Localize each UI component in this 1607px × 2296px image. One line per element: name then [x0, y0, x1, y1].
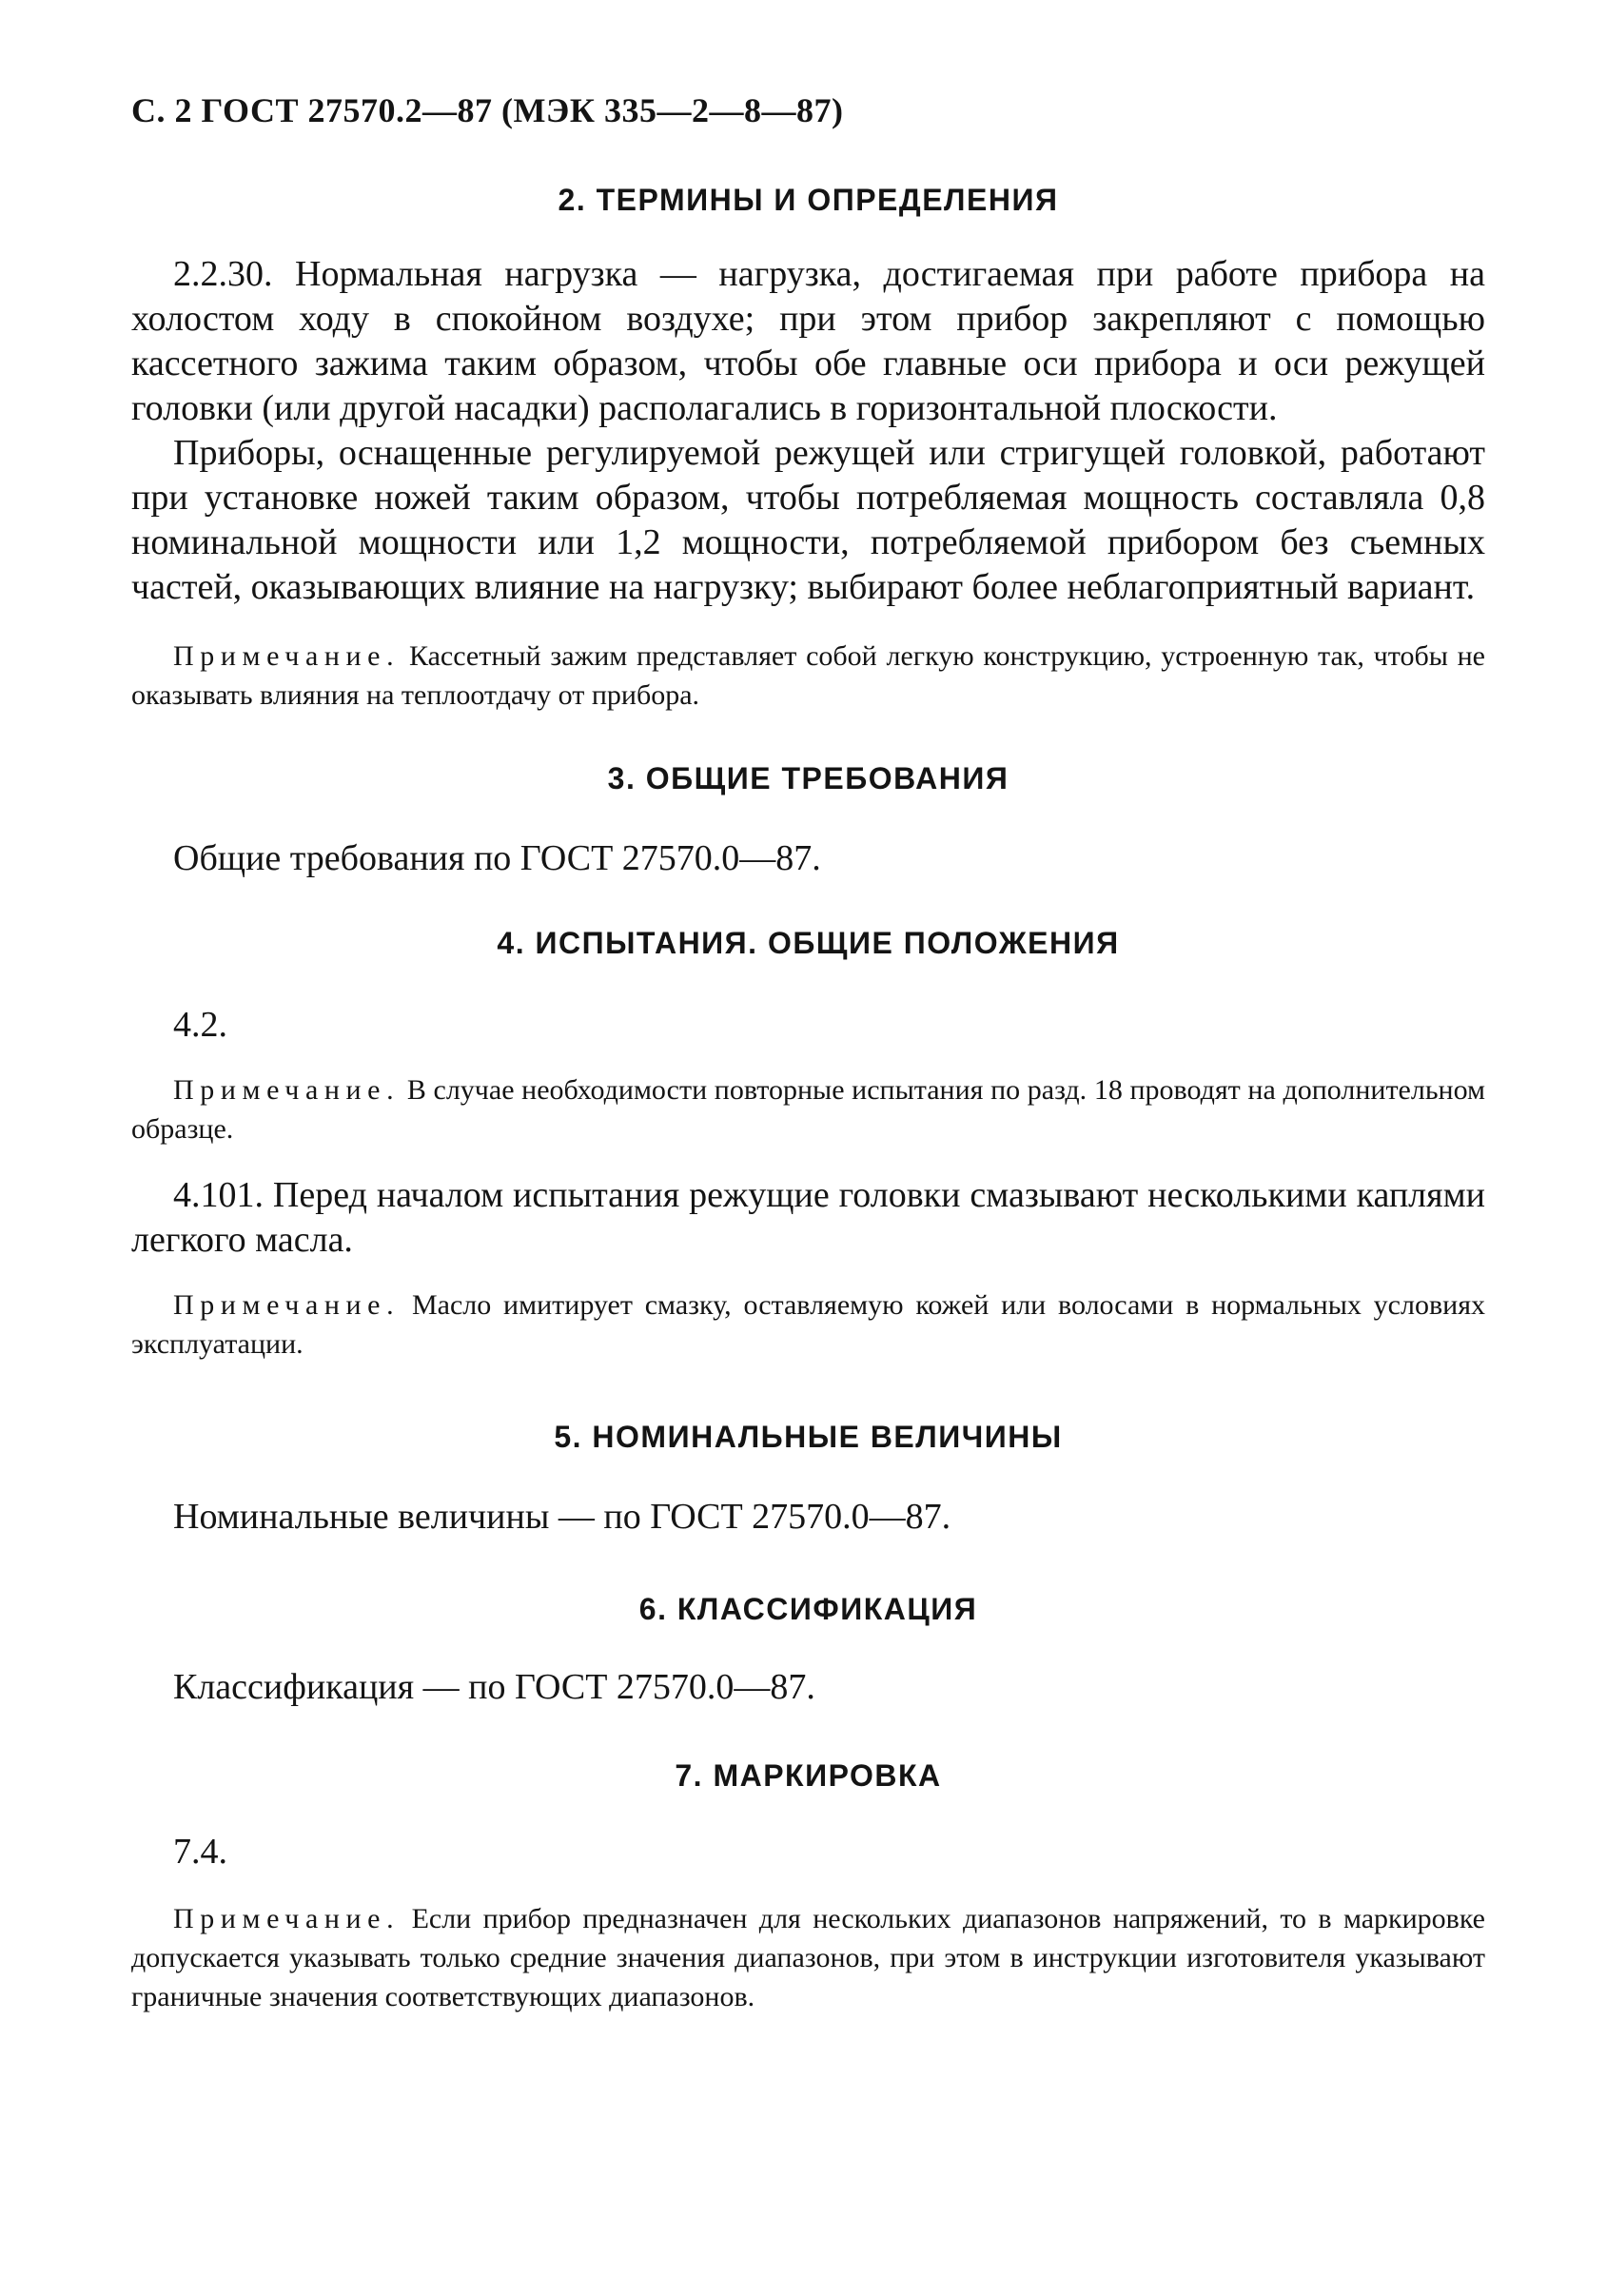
para-devices-heads: Приборы, оснащенные регулируемой режущей… [131, 431, 1485, 610]
section-heading-marking: 7. МАРКИРОВКА [131, 1756, 1485, 1796]
note-repeat-tests: Примечание. В случае необходимости повто… [131, 1070, 1485, 1148]
document-page: С. 2 ГОСТ 27570.2—87 (МЭК 335—2—8—87) 2.… [0, 0, 1607, 2296]
section-heading-terms: 2. ТЕРМИНЫ И ОПРЕДЕЛЕНИЯ [131, 180, 1485, 220]
note-oil: Примечание. Масло имитирует смазку, оста… [131, 1285, 1485, 1364]
note-label: Примечание. [173, 640, 400, 672]
page-header: С. 2 ГОСТ 27570.2—87 (МЭК 335—2—8—87) [131, 90, 1485, 130]
section-heading-nominal-values: 5. НОМИНАЛЬНЫЕ ВЕЛИЧИНЫ [131, 1417, 1485, 1457]
para-classification: Классификация — по ГОСТ 27570.0—87. [131, 1665, 1485, 1710]
section-heading-tests: 4. ИСПЫТАНИЯ. ОБЩИЕ ПОЛОЖЕНИЯ [131, 923, 1485, 963]
para-nominal-values: Номинальные величины — по ГОСТ 27570.0—8… [131, 1495, 1485, 1540]
note-label: Примечание. [173, 1074, 400, 1106]
para-normal-load: 2.2.30. Нормальная нагрузка — нагрузка, … [131, 252, 1485, 431]
note-label: Примечание. [173, 1289, 400, 1321]
clause-4-2: 4.2. [131, 1003, 1485, 1048]
note-voltage-ranges: Примечание. Если прибор предназначен для… [131, 1899, 1485, 2016]
clause-4-101: 4.101. Перед началом испытания режущие г… [131, 1173, 1485, 1263]
section-heading-classification: 6. КЛАССИФИКАЦИЯ [131, 1589, 1485, 1629]
section-heading-general-requirements: 3. ОБЩИЕ ТРЕБОВАНИЯ [131, 758, 1485, 798]
note-cassette-clamp: Примечание. Кассетный зажим представляет… [131, 637, 1485, 715]
para-general-requirements: Общие требования по ГОСТ 27570.0—87. [131, 836, 1485, 881]
note-label: Примечание. [173, 1903, 400, 1934]
clause-7-4: 7.4. [131, 1830, 1485, 1874]
